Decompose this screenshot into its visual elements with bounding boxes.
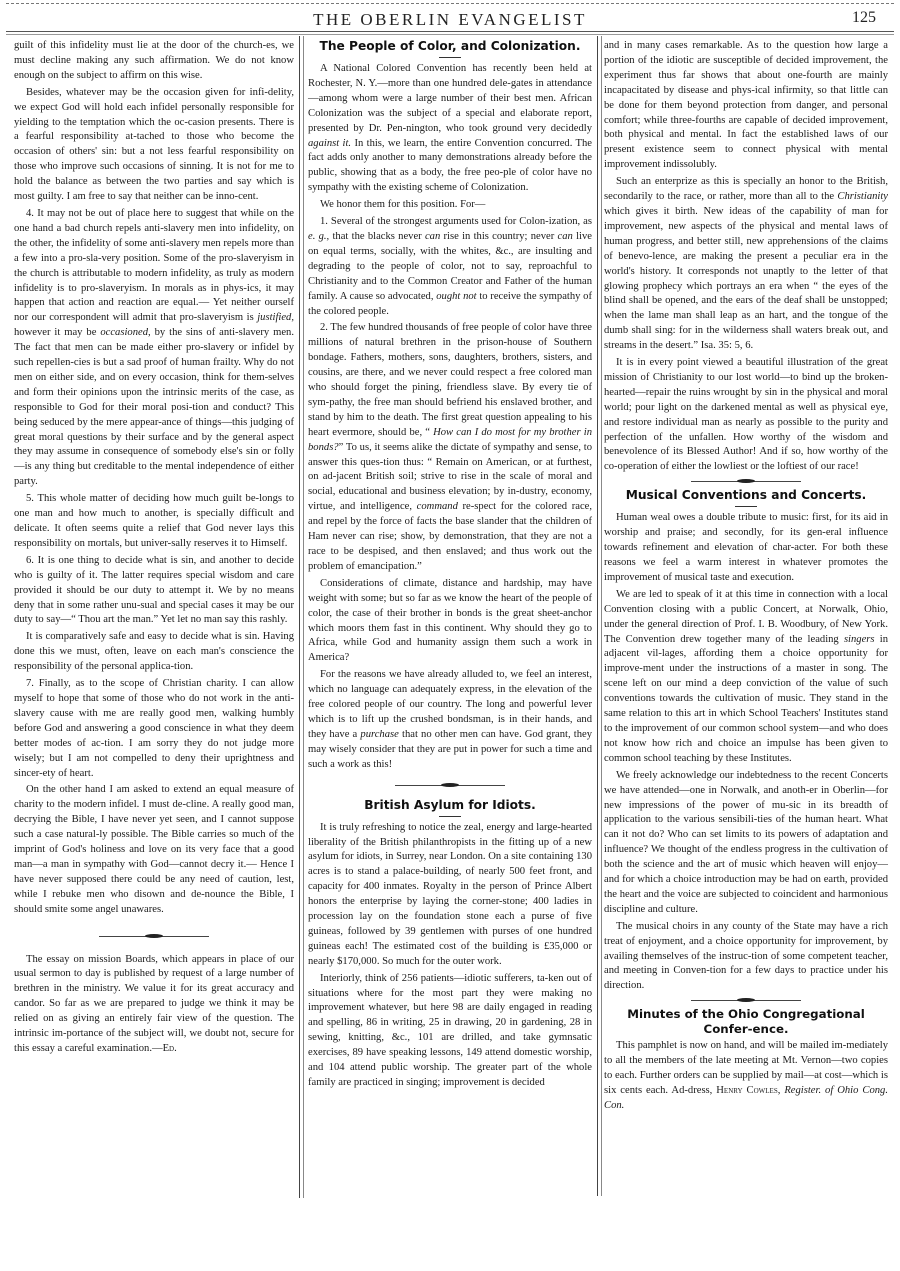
paragraph: Besides, whatever may be the occasion gi…: [14, 86, 294, 205]
emphasis: against it.: [308, 138, 351, 149]
paragraph: A National Colored Convention has recent…: [308, 62, 592, 196]
section-separator: [99, 936, 209, 937]
paragraph-text: which gives it birth. New ideas of the c…: [604, 206, 888, 351]
paragraph: Such an enterprize as this is specially …: [604, 175, 888, 354]
emphasis: singers: [844, 634, 875, 645]
emphasis: can: [425, 231, 440, 242]
headline-rule: [439, 57, 461, 58]
paragraph: 7. Finally, as to the scope of Christian…: [14, 677, 294, 781]
paragraph: 4. It may not be out of place here to su…: [14, 207, 294, 490]
article-headline-minutes: Minutes of the Ohio Congregational Confe…: [604, 1007, 888, 1037]
paragraph-text: A National Colored Convention has recent…: [308, 63, 592, 134]
editor-signature: Ed.: [163, 1043, 177, 1054]
masthead-top-rule: [6, 3, 894, 4]
paragraph: On the other hand I am asked to extend a…: [14, 783, 294, 917]
emphasis: purchase: [360, 729, 398, 740]
paragraph: and in many cases remarkable. As to the …: [604, 39, 888, 173]
paragraph-text: that the blacks never: [329, 231, 425, 242]
column-divider-2: [597, 36, 602, 1196]
paragraph: 1. Several of the strongest arguments us…: [308, 215, 592, 319]
emphasis: ought not: [436, 291, 476, 302]
paragraph-text: In this, we learn, the entire Convention…: [308, 138, 592, 194]
emphasis: e. g.,: [308, 231, 329, 242]
paragraph-text: rise in this country; never: [440, 231, 557, 242]
column-3: and in many cases remarkable. As to the …: [604, 39, 888, 1116]
masthead-bottom-rule: [6, 31, 894, 35]
headline-rule: [439, 816, 461, 817]
editor-note: The essay on mission Boards, which appea…: [14, 953, 294, 1057]
paragraph: This pamphlet is now on hand, and will b…: [604, 1039, 888, 1114]
paragraph-text: however it may be: [14, 327, 100, 338]
paragraph: We freely acknowledge our indebtedness t…: [604, 769, 888, 918]
paragraph: It is in every point viewed a beautiful …: [604, 356, 888, 475]
paragraph-text: by the sins of anti-slavery men. The fac…: [14, 327, 294, 487]
article-headline-asylum: British Asylum for Idiots.: [308, 798, 592, 813]
paragraph-text: 4. It may not be out of place here to su…: [14, 208, 294, 323]
paragraph: The musical choirs in any county of the …: [604, 920, 888, 995]
emphasis: justified,: [257, 312, 294, 323]
column-2: The People of Color, and Colonization. A…: [308, 39, 592, 1093]
paragraph: 5. This whole matter of deciding how muc…: [14, 492, 294, 552]
article-headline-colonization: The People of Color, and Colonization.: [308, 39, 592, 54]
headline-rule: [735, 506, 757, 507]
column-1: guilt of this infidelity must lie at the…: [14, 39, 294, 1059]
editor-note-text: The essay on mission Boards, which appea…: [14, 954, 294, 1054]
paragraph-text: 1. Several of the strongest arguments us…: [320, 216, 592, 227]
paragraph-text: 2. The few hundred thousands of free peo…: [308, 322, 592, 437]
paragraph-text: in adjacent vil-lages, affording them a …: [604, 634, 888, 764]
paragraph: 2. The few hundred thousands of free peo…: [308, 321, 592, 574]
newspaper-title: THE OBERLIN EVANGELIST: [0, 10, 900, 30]
masthead: THE OBERLIN EVANGELIST 125: [0, 0, 900, 36]
paragraph: It is truly refreshing to notice the zea…: [308, 821, 592, 970]
emphasis: command: [417, 501, 458, 512]
paragraph: We honor them for this position. For—: [308, 198, 592, 213]
article-headline-music: Musical Conventions and Concerts.: [604, 488, 888, 503]
paragraph: We are led to speak of it at this time i…: [604, 588, 888, 767]
emphasis: can: [558, 231, 573, 242]
paragraph: Considerations of climate, distance and …: [308, 577, 592, 666]
paragraph: Human weal owes a double tribute to musi…: [604, 511, 888, 586]
page-number: 125: [852, 9, 876, 27]
column-divider-1: [299, 36, 304, 1198]
section-separator: [395, 785, 505, 786]
paragraph: Interiorly, think of 256 patients—idioti…: [308, 972, 592, 1091]
paragraph: 6. It is one thing to decide what is sin…: [14, 554, 294, 629]
paragraph: For the reasons we have already alluded …: [308, 668, 592, 772]
emphasis: occasioned,: [100, 327, 150, 338]
paragraph: It is comparatively safe and easy to dec…: [14, 630, 294, 675]
paragraph: guilt of this infidelity must lie at the…: [14, 39, 294, 84]
signature-name: Henry Cowles,: [716, 1085, 780, 1096]
section-separator: [691, 481, 801, 482]
emphasis: Christianity: [837, 191, 888, 202]
section-separator: [691, 1000, 801, 1001]
